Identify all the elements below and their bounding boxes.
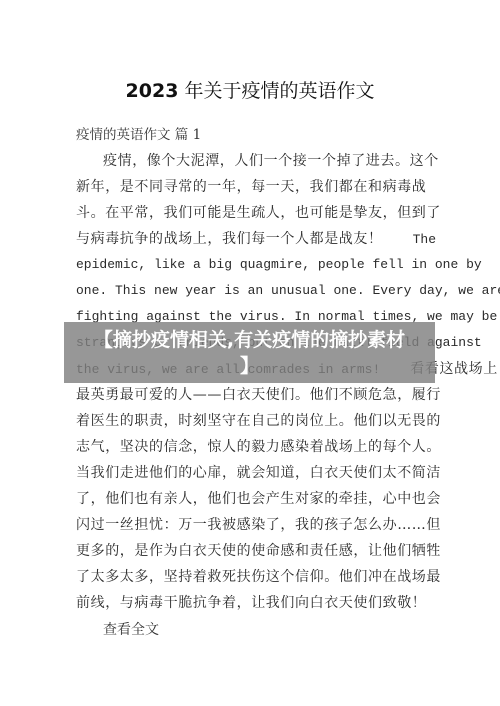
body-line: 前线，与病毒干脆抗争着，让我们向白衣天使们致敬！ bbox=[76, 590, 426, 616]
body-line: 斗。在平常，我们可能是生疏人，也可能是挚友，但到了 bbox=[76, 200, 426, 226]
overlay-title-line2: 】 bbox=[64, 353, 435, 379]
body-line-en-start: The bbox=[413, 232, 436, 247]
body-line: 了，他们也有亲人，他们也会产生对家的牵挂，心中也会 bbox=[76, 486, 426, 512]
document-title: 2023 年关于疫情的英语作文 bbox=[0, 76, 500, 103]
body-line: 与病毒抗争的战场上，我们每一个人都是战友！The bbox=[76, 226, 426, 252]
body-line-cn: 与病毒抗争的战场上，我们每一个人都是战友！ bbox=[76, 231, 383, 247]
section-subtitle: 疫情的英语作文 篇 1 bbox=[76, 123, 201, 143]
overlay-title-line1: 【摘抄疫情相关,有关疫情的摘抄素材 bbox=[64, 327, 435, 353]
read-more-link[interactable]: 查看全文 bbox=[103, 619, 159, 639]
body-line: 闪过一丝担忧：万一我被感染了，我的孩子怎么办……但 bbox=[76, 512, 426, 538]
body-line: 志气，坚决的信念，惊人的毅力感染着战场上的每个人。 bbox=[76, 434, 426, 460]
document-page: 2023 年关于疫情的英语作文 疫情的英语作文 篇 1 疫情，像个大泥潭，人们一… bbox=[0, 0, 500, 706]
title-year: 2023 bbox=[126, 80, 179, 102]
body-line: 最英勇最可爱的人——白衣天使们。他们不顾危急，履行 bbox=[76, 382, 426, 408]
body-line: 疫情，像个大泥潭，人们一个接一个掉了进去。这个 bbox=[76, 148, 426, 174]
body-line: one. This new year is an unusual one. Ev… bbox=[76, 278, 426, 304]
title-text: 年关于疫情的英语作文 bbox=[178, 80, 374, 102]
body-line: 当我们走进他们的心扉，就会知道，白衣天使们太不简洁 bbox=[76, 460, 426, 486]
body-line: epidemic, like a big quagmire, people fe… bbox=[76, 252, 426, 278]
body-line: 更多的，是作为白衣天使的使命感和责任感，让他们牺牲 bbox=[76, 538, 426, 564]
body-line: 了太多太多，坚持着救死扶伤这个信仰。他们冲在战场最 bbox=[76, 564, 426, 590]
body-line: 着医生的职责，时刻坚守在自己的岗位上。他们以无畏的 bbox=[76, 408, 426, 434]
body-line: 新年，是不同寻常的一年，每一天，我们都在和病毒战 bbox=[76, 174, 426, 200]
overlay-title[interactable]: 【摘抄疫情相关,有关疫情的摘抄素材 】 bbox=[64, 322, 435, 379]
